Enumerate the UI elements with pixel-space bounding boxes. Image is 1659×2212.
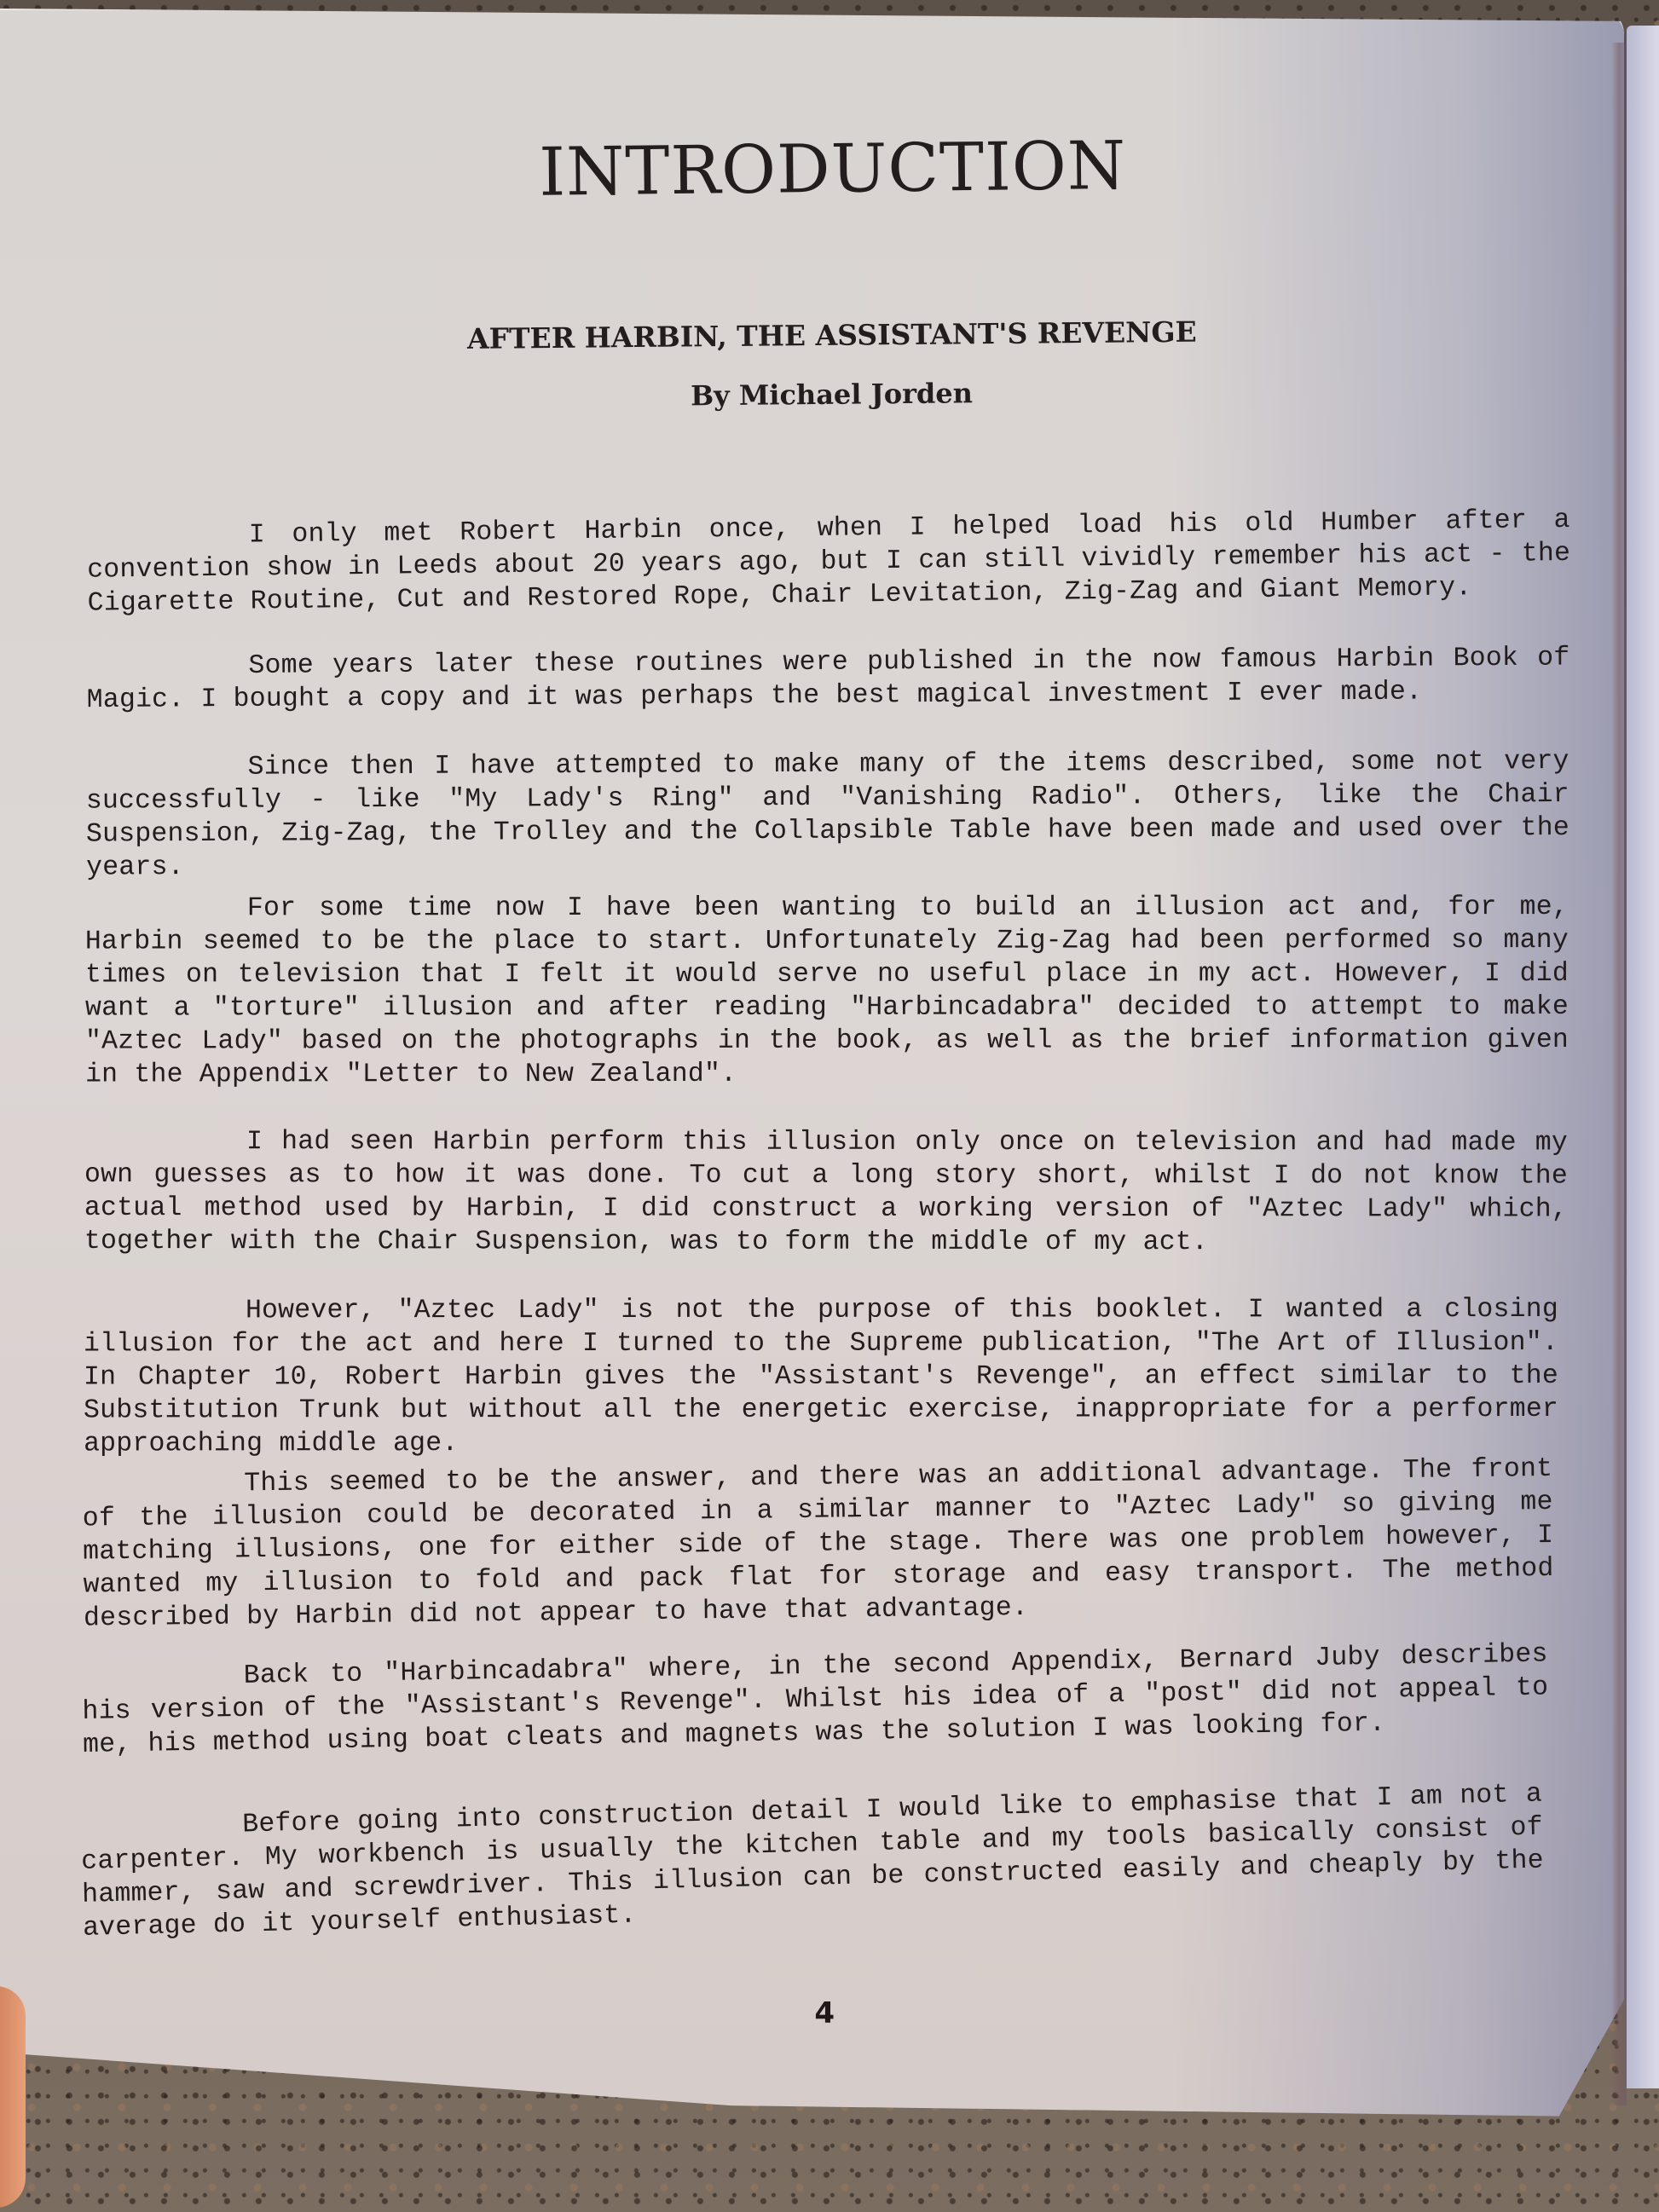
paragraph: Back to "Harbincadabra" where, in the se… <box>82 1637 1550 1762</box>
page-title: INTRODUCTION <box>89 123 1577 217</box>
paragraph: Before going into construction detail I … <box>80 1777 1545 1944</box>
article-subtitle: AFTER HARBIN, THE ASSISTANT'S REVENGE <box>88 311 1575 359</box>
page-content: INTRODUCTION AFTER HARBIN, THE ASSISTANT… <box>90 9 1577 15</box>
paragraph: Since then I have attempted to make many… <box>86 744 1570 884</box>
spine-shadow <box>1611 43 1627 2105</box>
paragraph: I had seen Harbin perform this illusion … <box>84 1125 1568 1260</box>
paragraph: For some time now I have been wanting to… <box>85 891 1569 1092</box>
article-byline: By Michael Jorden <box>88 371 1575 418</box>
page-number: 4 <box>81 1993 1569 2034</box>
holding-thumb <box>0 1986 26 2208</box>
paragraph: Some years later these routines were pub… <box>86 641 1569 717</box>
paragraph: I only met Robert Harbin once, when I he… <box>87 503 1571 620</box>
paragraph: However, "Aztec Lady" is not the purpose… <box>84 1293 1558 1461</box>
next-page-edge <box>1627 26 1659 2088</box>
book-page: INTRODUCTION AFTER HARBIN, THE ASSISTANT… <box>0 9 1624 2127</box>
paragraph: This seemed to be the answer, and there … <box>82 1452 1554 1635</box>
